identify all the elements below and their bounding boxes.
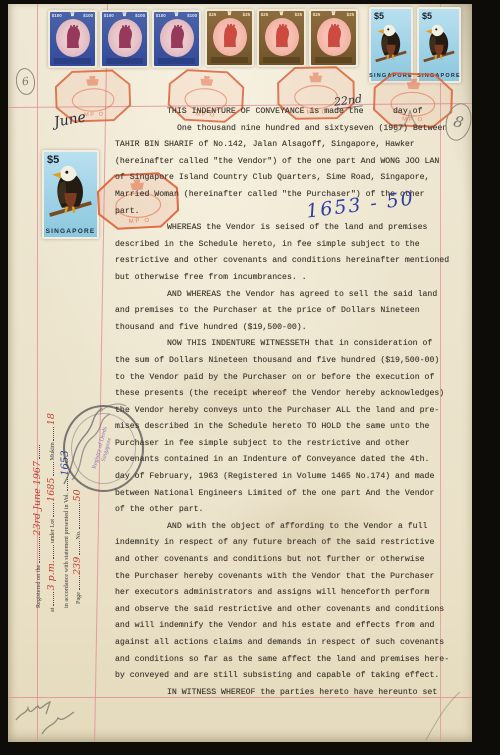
stamp-value: $25 [209,11,217,18]
document-line: between National Engineers Limited of th… [115,486,455,503]
document-line: of the other part. [115,502,455,519]
stamp-frame: $25♛$25 [259,11,304,65]
revenue-stamp-25-dollar: $25♛$25 [257,9,306,67]
queen-portrait-icon [321,21,347,53]
document-line: IN WITNESS WHEREOF the parties hereto ha… [115,685,455,702]
cancel-text-fragment: MP O [84,112,105,119]
crown-icon: ♛ [331,11,336,18]
revenue-stamp-100-dollar: $100♛$100 [152,10,201,68]
crown-icon: ♛ [70,12,75,19]
queen-portrait-icon [60,22,86,54]
document-line: thousand and five hundred ($19,500-00). [115,320,455,337]
crown-icon: ♛ [122,12,127,19]
margin-label: at [49,608,56,612]
document-line: Purchaser in fee simple subject to the r… [115,436,455,453]
margin-label: Registered on the [35,565,42,608]
document-line: by conveyed and are still subsisting and… [115,668,455,685]
stamp-bottom-tablet [54,58,91,64]
stamp-value: $100 [187,12,197,19]
stamp-frame: $25♛$25 [311,11,356,65]
margin-fill-page: 239 [72,557,83,575]
document-line: the Vendor hereby conveys unto the Purch… [115,403,455,420]
stamp-value: $100 [83,12,93,19]
stamp-value: $100 [156,12,166,19]
circled-number-left-value: 6 [21,75,30,89]
queen-portrait-icon [217,21,243,53]
stamp-frame: $25♛$25 [207,11,252,65]
revenue-stamp-100-dollar: $100♛$100 [48,10,97,68]
revenue-stamp-25-dollar: $25♛$25 [309,9,358,67]
signature-scribble [46,392,161,504]
dotted-leader [75,576,80,590]
stamp-bottom-tablet [315,57,352,63]
ruled-line-vertical-outer [37,4,38,742]
pencil-tick-mark [388,104,424,140]
margin-label: in accordance with statement presented i… [63,493,70,608]
dotted-leader [75,541,80,555]
crown-icon: ♛ [174,12,179,19]
queen-portrait-icon [269,21,295,53]
dotted-leader [49,503,54,517]
stamp-frame: $100♛$100 [102,12,147,66]
queen-portrait-oval [265,18,299,56]
dotted-leader [49,592,54,606]
stamp-bottom-tablet [158,58,195,64]
crown-icon: ♛ [279,11,284,18]
pencil-curve-bottom-right [416,690,466,742]
margin-label: No. [75,531,82,540]
document-line: (hereinafter called "the Vendor") of the… [115,154,455,171]
singapore-5-dollar-stamp: $5 SINGAPORE [42,150,99,239]
circled-number-right-value: 8 [452,112,466,132]
dotted-leader [35,445,40,459]
document-line: WHEREAS the Vendor is seised of the land… [115,220,455,237]
document-line: but otherwise free from incumbrances. . [115,270,455,287]
document-line: day of February, 1963 (Registered in Vol… [115,469,455,486]
margin-page-no-line: Page 239 No. 50 [72,489,83,604]
document-line: and conditions so far as the same affect… [115,652,455,669]
queen-portrait-oval [108,19,142,57]
stamp-value: $25 [347,11,355,18]
margin-registered-on-line: Registered on the 23rd June 1967 [32,445,43,608]
revenue-stamp-25-dollar: $25♛$25 [205,9,254,67]
queen-portrait-oval [317,18,351,56]
document-line: indemnity in respect of any future breac… [115,535,455,552]
margin-label: under Lot [49,519,56,543]
pencil-scribble-bottom-left [12,694,87,742]
stamp-value: $25 [295,11,303,18]
document-line: the Purchaser hereby covenants with the … [115,569,455,586]
circled-number-left: 6 [14,67,37,96]
queen-portrait-oval [160,19,194,57]
document-line: AND with the object of affording to the … [115,519,455,536]
document-line: and observe the said restrictive and oth… [115,602,455,619]
queen-portrait-icon [164,22,190,54]
stamp-background: $5 SINGAPORE [44,152,97,237]
document-line: to the Vendor paid by the Purchaser on o… [115,370,455,387]
stamp-frame: $100♛$100 [50,12,95,66]
stamp-value: $100 [52,12,62,19]
stamp-value: $100 [104,12,114,19]
crown-icon: ♛ [227,11,232,18]
document-line: her executors administrators and assigns… [115,585,455,602]
document-line: and premises to the Purchaser at the pri… [115,303,455,320]
margin-fill-date: 23rd June 1967 [32,461,43,536]
eagle-icon [421,17,457,69]
document-line: mises described in the Schedule hereto T… [115,419,455,436]
eagle-icon [46,160,95,221]
document-line: against all actions claims and demands i… [115,635,455,652]
scanned-deed-photo: { "colors": { "paper": "#ece4cd", "ink":… [0,0,500,755]
stamp-value: $100 [135,12,145,19]
revenue-stamp-100-dollar: $100♛$100 [100,10,149,68]
queen-portrait-oval [213,18,247,56]
queen-portrait-oval [56,19,90,57]
document-line: and will indemnify the Vendor and his es… [115,618,455,635]
margin-fill-time: 3 p.m. [46,560,57,590]
stamp-bottom-tablet [263,57,300,63]
queen-portrait-icon [112,22,138,54]
document-line: restrictive and other covenants and cond… [115,253,455,270]
stamp-value: $25 [243,11,251,18]
eagle-icon [373,17,409,69]
document-line: of Singapore Island Country Club Quarter… [115,170,455,187]
document-line: and other covenants and conditions but n… [115,552,455,569]
stamp-value: $25 [261,11,269,18]
document-line: described in the Schedule hereto, in fee… [115,237,455,254]
stamp-country: SINGAPORE [46,228,96,235]
stamp-value: $25 [313,11,321,18]
stamp-bottom-tablet [106,58,143,64]
document-line: these presents (the receipt whereof the … [115,386,455,403]
document-line: AND WHEREAS the Vendor has agreed to sel… [115,287,455,304]
deed-paper: $100♛$100 $100♛$100 $100♛$100 $25♛$25 [8,4,472,742]
dotted-leader [49,545,54,559]
dotted-leader [35,537,40,563]
stamp-frame: $100♛$100 [154,12,199,66]
document-line: the sum of Dollars Nineteen thousand and… [115,353,455,370]
margin-label: Page [75,592,82,604]
dotted-leader [75,503,80,529]
stamp-bottom-tablet [211,57,248,63]
document-line: NOW THIS INDENTURE WITNESSETH that in co… [115,336,455,353]
document-line: covenants contained in an Indenture of C… [115,452,455,469]
